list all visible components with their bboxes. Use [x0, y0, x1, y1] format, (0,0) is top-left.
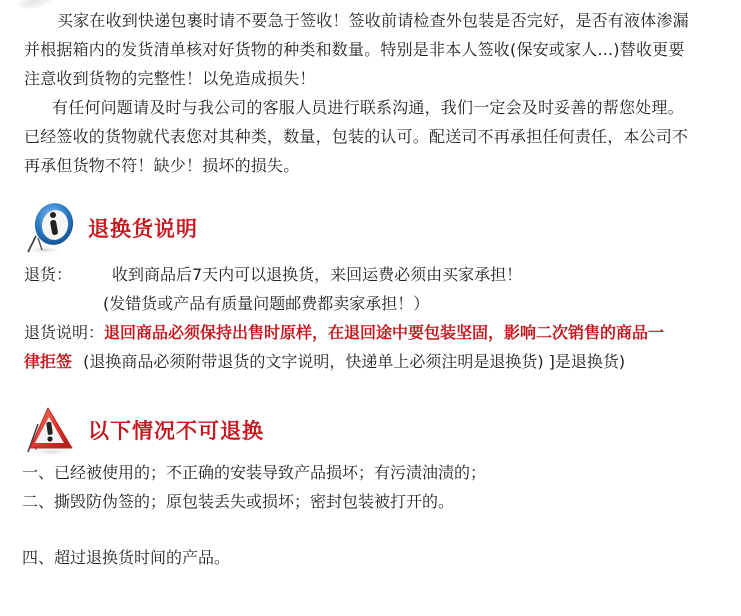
return-explain-note: (退换商品必须附带退货的文字说明，快递单上必须注明是退换货) ]是退换货): [83, 352, 625, 371]
notice-paragraph-2-line-3: 再承但货物不符！缺少！损坏的损失。: [24, 156, 299, 176]
notice-paragraph-2-line-1: 有任何问题请及时与我公司的客服人员进行联系沟通，我们一定会及时妥善的帮您处理。: [52, 98, 684, 118]
return-explain-line-1: 退货说明：退回商品必须保持出售时原样，在退回途中要包装坚固，影响二次销售的商品一: [24, 323, 664, 343]
return-explain-line-2: 律拒签 (退换商品必须附带退货的文字说明，快递单上必须注明是退换货) ]是退换货…: [24, 352, 625, 372]
return-label: 退货：: [24, 265, 72, 285]
info-icon: [22, 200, 78, 256]
no-return-section-header: 以下情况不可退换: [22, 400, 264, 460]
return-policy-text: 收到商品后7天内可以退换货，来回运费必须由买家承担！: [112, 265, 522, 285]
no-return-item-1: 一、已经被使用的；不正确的安装导致产品损坏；有污渍油渍的；: [22, 463, 486, 483]
notice-paragraph-1-line-3: 注意收到货物的完整性！以免造成损失！: [24, 69, 316, 89]
return-explain-red-text-cont: 律拒签: [24, 352, 72, 371]
returns-section-header: 退换货说明: [22, 198, 198, 258]
return-explain-red-text: 退回商品必须保持出售时原样，在退回途中要包装坚固，影响二次销售的商品一: [104, 323, 664, 342]
returns-section-title: 退换货说明: [88, 213, 198, 243]
return-policy-note: (发错货或产品有质量问题邮费都卖家承担！）: [103, 294, 429, 314]
notice-paragraph-1-line-2: 并根据箱内的发货清单核对好货物的种类和数量。特别是非本人签收(保安或家人...)…: [24, 40, 685, 60]
no-return-item-4: 四、超过退换货时间的产品。: [22, 548, 230, 568]
no-return-section-title: 以下情况不可退换: [88, 415, 264, 445]
no-return-item-2: 二、撕毁防伪签的；原包装丢失或损坏；密封包装被打开的。: [22, 492, 454, 512]
warning-icon: [22, 402, 78, 458]
return-explain-label: 退货说明：: [24, 323, 104, 342]
notice-paragraph-1-line-1: 买家在收到快递包裹时请不要急于签收！签收前请检查外包装是否完好，是否有液体渗漏: [57, 11, 689, 31]
notice-paragraph-2-line-2: 已经签收的货物就代表您对其种类，数量，包装的认可。配送司不再承担任何责任，本公司…: [24, 127, 688, 147]
corner-decoration: [17, 0, 53, 11]
